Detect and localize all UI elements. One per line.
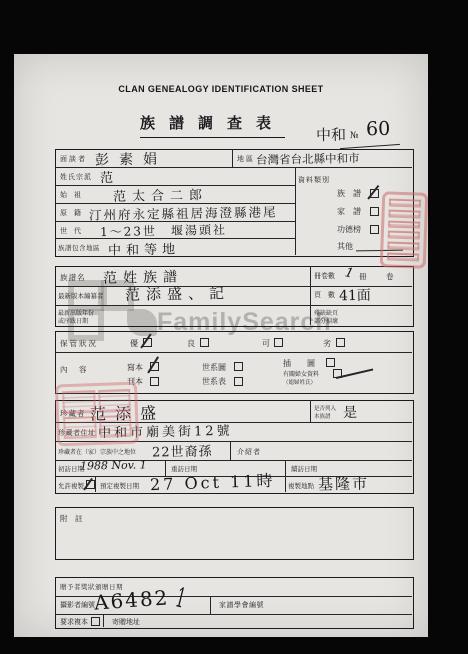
surname-value: 范 <box>100 167 113 186</box>
listed-value: 是 <box>343 402 357 422</box>
compiler-value: 范添盛、記 <box>125 282 230 305</box>
notes-table <box>55 507 414 560</box>
coverage-value: 中和等地 <box>108 238 180 258</box>
copy-place-value: 基隆市 <box>318 473 369 495</box>
volumes-unit-juan: 卷 <box>386 271 394 282</box>
volumes-unit-ce: 冊 <box>359 271 367 282</box>
table-line <box>310 266 311 325</box>
book-title-label: 族譜名 <box>60 272 86 283</box>
condition-excellent: 優 <box>130 338 138 349</box>
table-line <box>55 352 412 353</box>
seal-glyph <box>99 414 132 438</box>
scanned-genealogy-form: FamilySearch CLAN GENEALOGY IDENTIFICATI… <box>0 0 468 654</box>
table-line <box>55 305 412 306</box>
category-option-other: 其他 <box>337 241 353 252</box>
content-table: 世系表 <box>202 376 226 387</box>
table-line <box>285 460 286 476</box>
checkbox-table <box>234 377 243 386</box>
table-line <box>95 476 96 492</box>
table-line <box>232 149 233 167</box>
seal-glyph <box>388 220 420 229</box>
origin-value: 汀州府永定縣祖居海澄縣港尾 <box>89 202 278 223</box>
checkbox-print <box>150 377 159 386</box>
seal-glyph <box>63 416 96 440</box>
society-no-label: 家譜學會編號 <box>219 600 264 610</box>
seal-glyph <box>387 253 419 262</box>
copy-place-label: 複製地點 <box>288 481 314 490</box>
condition-fair: 可 <box>262 338 270 349</box>
table-line <box>210 596 211 614</box>
content-women: 有關婦女資料 <box>283 369 319 378</box>
page-title-chinese: 族譜調查表 <box>140 112 285 138</box>
content-women-note: （媳婦姓氏） <box>283 378 316 386</box>
founder-label: 始 祖 <box>60 190 81 200</box>
table-line <box>230 441 231 460</box>
area-label: 地區 <box>237 154 255 164</box>
listed-label-line2: 本族譜 <box>314 412 331 420</box>
seal-glyph <box>98 389 131 413</box>
sheet-no-value: 60 <box>366 118 391 140</box>
seal-glyph <box>388 231 420 240</box>
coverage-label: 族譜包含地區 <box>58 243 100 252</box>
send-address-label: 寄贈地址 <box>112 617 140 627</box>
pages-value: 41面 <box>339 285 371 306</box>
condition-label: 保管狀況 <box>60 338 98 349</box>
content-illustration: 插 圖 <box>283 358 315 369</box>
checkbox-copy-request <box>91 617 100 626</box>
pages-label: 頁 數 <box>314 290 335 300</box>
category-option-jiapu: 家 譜 <box>337 206 361 217</box>
checkbox-gongdebang <box>370 225 379 234</box>
condition-good: 良 <box>187 338 195 349</box>
condition-poor: 劣 <box>323 338 331 349</box>
checkbox-good <box>200 338 209 347</box>
first-visit-value: 1988 Nov. 1 <box>80 458 147 472</box>
introducer-label: 介紹者 <box>237 447 261 457</box>
seal-glyph <box>389 198 421 207</box>
red-seal-stamp-left <box>55 382 139 447</box>
checkbox-chart <box>234 362 243 371</box>
compiler-label: 最新版本編纂者 <box>58 291 104 300</box>
copy-request-label: 要求複本 <box>60 617 88 627</box>
content-chart: 世系圖 <box>202 362 226 373</box>
checkbox-jiapu <box>370 207 379 216</box>
sheet-no-symbol: № <box>350 131 359 141</box>
generation-value: 1～23世 堰湯頭社 <box>100 221 227 240</box>
copy-permission-label: 允許複製 <box>58 481 84 490</box>
origin-label: 原 籍 <box>60 208 81 218</box>
seal-glyph <box>387 242 419 251</box>
volumes-label: 冊卷數 <box>314 271 335 281</box>
content-label: 內 容 <box>60 364 89 375</box>
founder-value: 范太合二郎 <box>113 184 208 205</box>
table-line <box>103 614 104 627</box>
table-line <box>310 400 311 422</box>
page-title-english: CLAN GENEALOGY IDENTIFICATION SHEET <box>101 84 341 94</box>
category-label: 資料類別 <box>298 175 330 185</box>
position-value: 22世裔孫 <box>152 440 213 460</box>
listed-label-line1: 是否列入 <box>314 404 336 412</box>
table-line <box>55 614 412 615</box>
photographer-no-label: 攝影者編號 <box>60 600 95 610</box>
sheet-no-prefix: 中和 <box>316 124 346 146</box>
table-line <box>295 167 296 255</box>
followup-visit-label: 續訪日期 <box>291 464 317 473</box>
red-seal-stamp-right <box>380 191 429 269</box>
checkbox-illustration <box>326 358 335 367</box>
damage-label-line2: 部分損壞 <box>314 316 338 325</box>
pubdate-label-line2: 或序跋日期 <box>58 316 88 325</box>
area-value: 台灣省台北縣中和市 <box>256 150 360 168</box>
generation-label: 世 代 <box>60 226 81 236</box>
notes-label: 附 註 <box>60 513 83 524</box>
table-line <box>285 476 286 492</box>
category-option-gongdebang: 功德榜 <box>337 224 361 235</box>
position-label: 珍藏者在（家）宗族中之地位 <box>58 447 136 456</box>
copy-date-label: 預定複製日期 <box>100 481 139 490</box>
copy-date-value: 27 Oct 11時 <box>150 468 276 495</box>
seal-glyph <box>62 390 95 414</box>
seal-glyph <box>388 209 420 218</box>
surname-label: 姓氏宗派 <box>60 172 92 182</box>
category-option-zupu: 族 譜 <box>337 188 361 199</box>
checkbox-fair <box>274 338 283 347</box>
checkbox-poor <box>336 338 345 347</box>
interviewer-label: 面談者 <box>60 154 87 164</box>
content-manuscript: 寫本 <box>127 362 143 373</box>
